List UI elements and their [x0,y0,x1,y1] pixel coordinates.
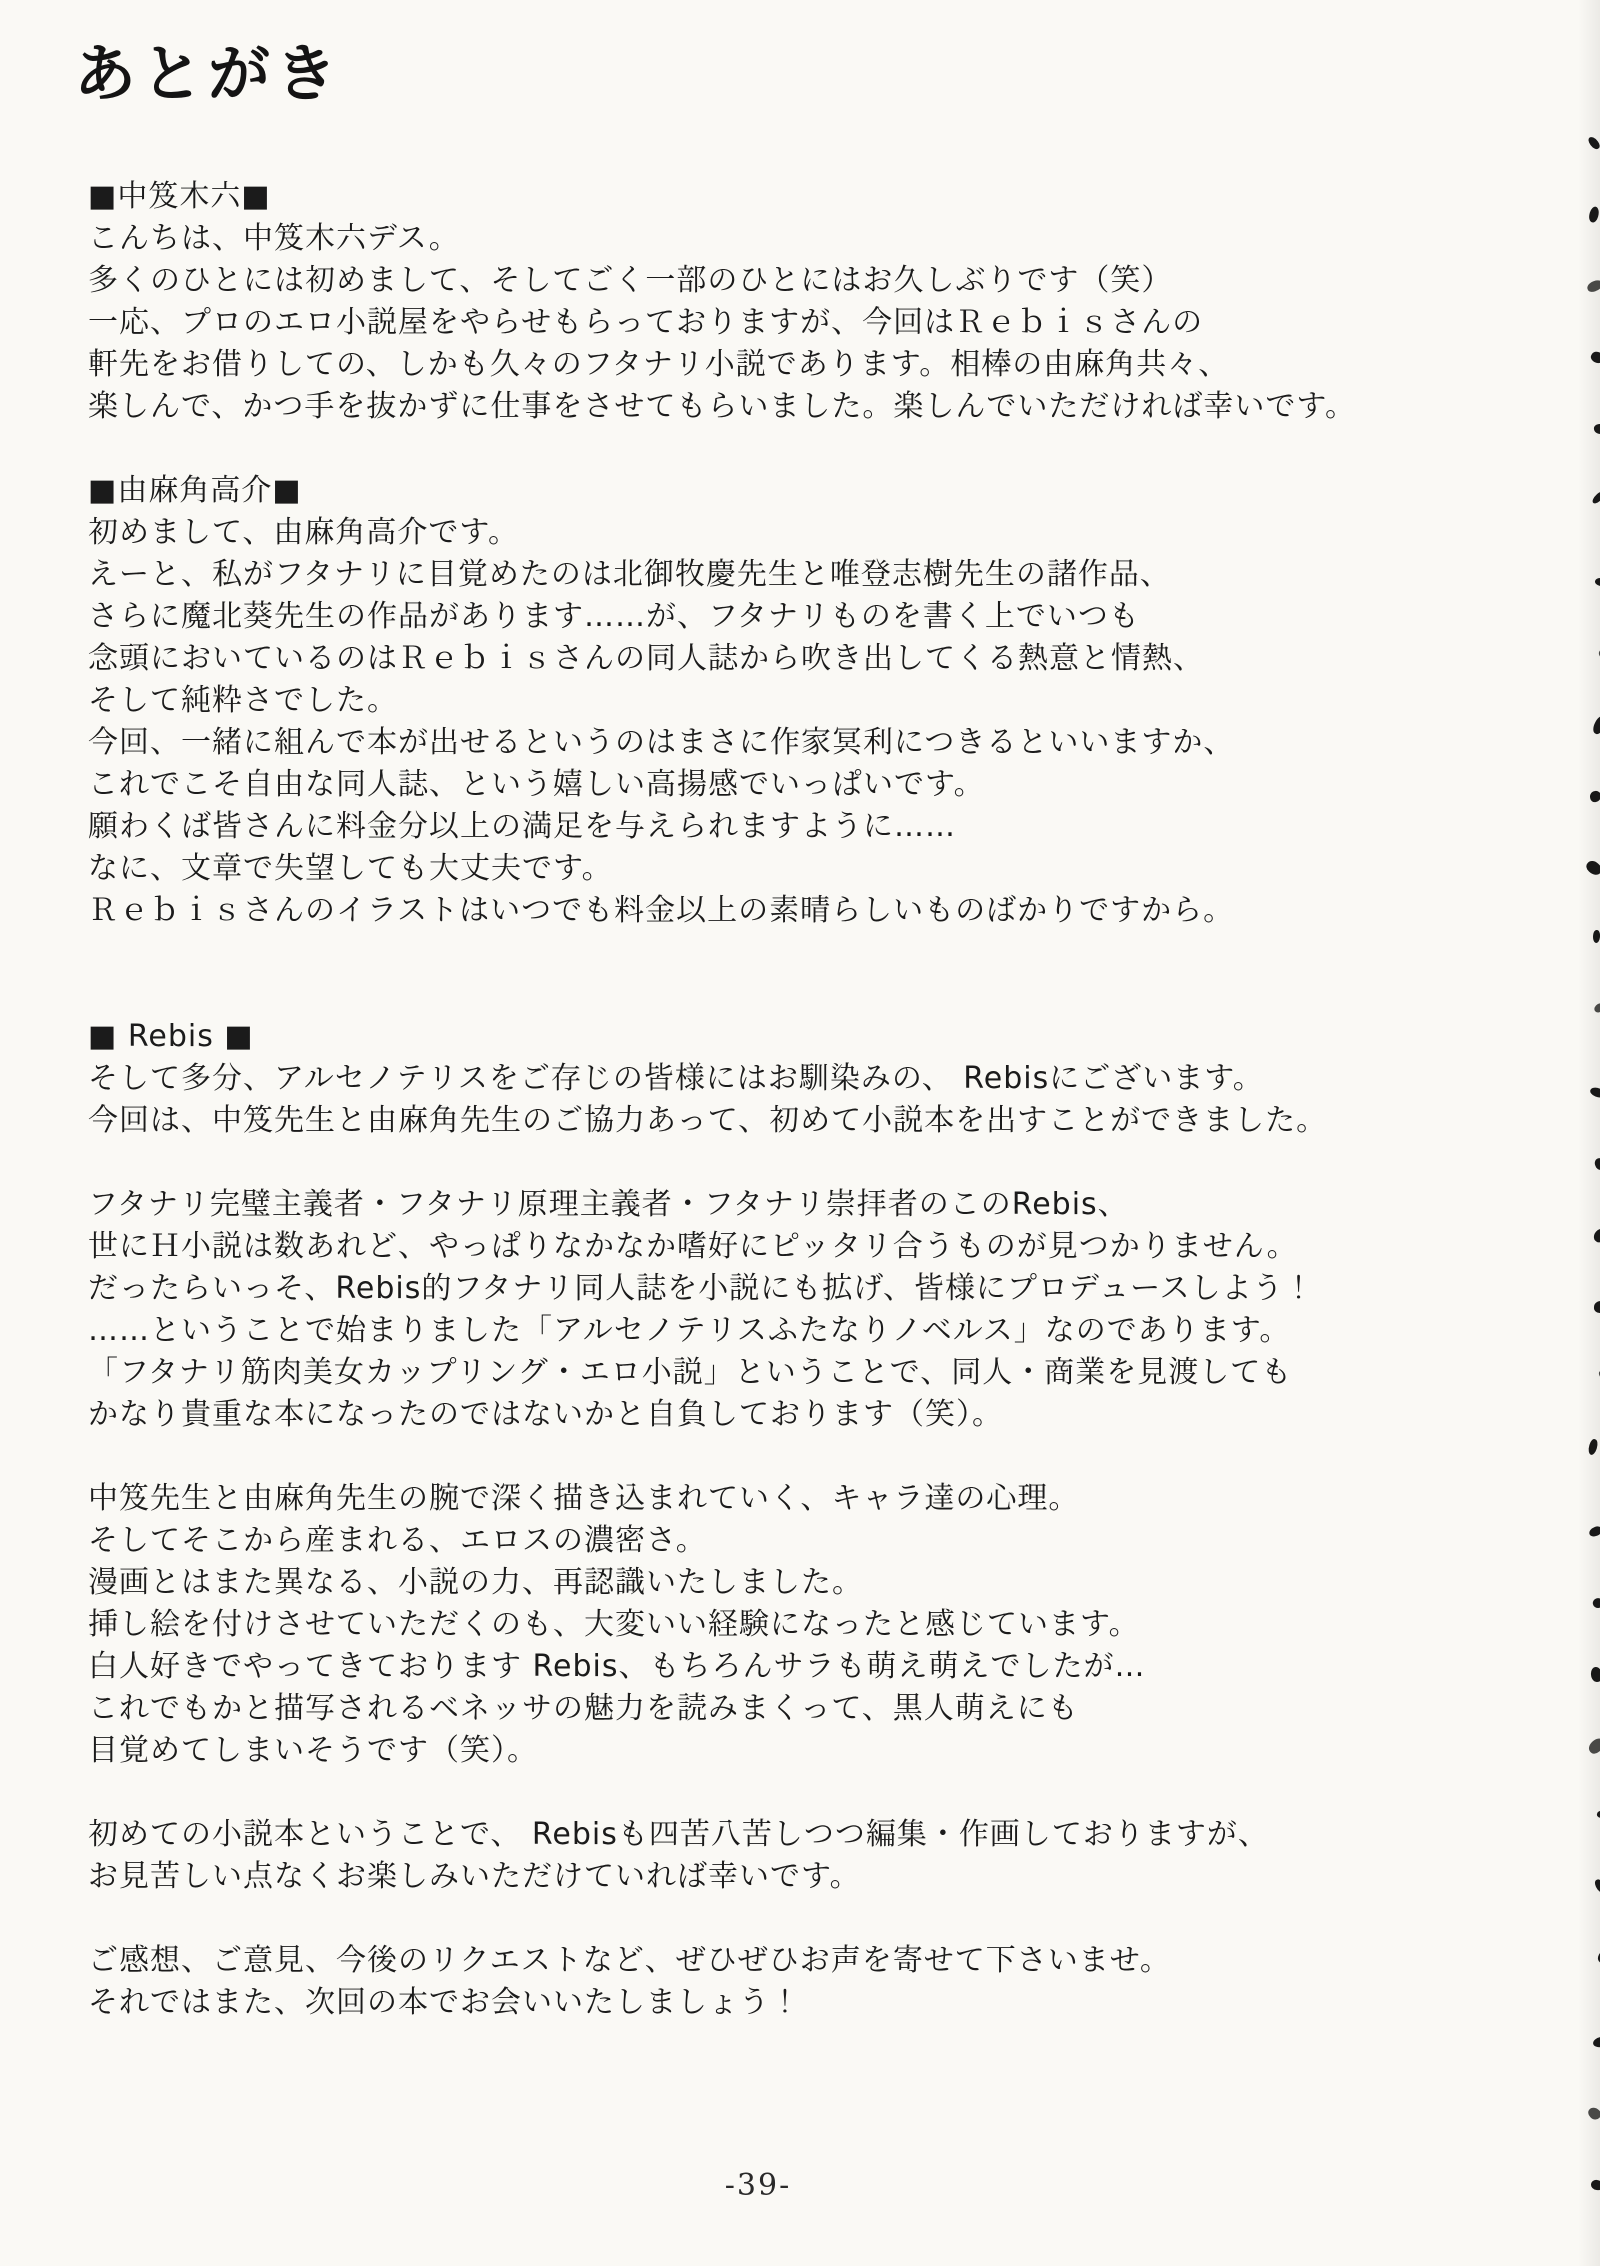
binding-mark [1586,2105,1600,2122]
scanned-page: あとがき ■中笈木六■こんちは、中笈木六デス。多くのひとには初めまして、そしてご… [0,0,1600,2266]
text-line: そして多分、アルセノテリスをご存じの皆様にはお馴染みの、 Rebisにございます… [88,1061,1264,1096]
binding-mark [1587,135,1600,151]
binding-mark [1589,349,1600,365]
paragraph: 初めての小説本ということで、 Rebisも四苦八苦しつつ編集・作画しておりますが… [88,1814,1548,1898]
text-line: 多くのひとには初めまして、そしてごく一部のひとにはお久しぶりです（笑） [88,263,1172,298]
text-line: ……ということで始まりました「アルセノテリスふたなりノベルス」なのであります。 [88,1313,1290,1348]
text-line: さらに魔北葵先生の作品があります……が、フタナリものを書く上でいつも [88,599,1140,634]
text-line: お見苦しい点なくお楽しみいただけていれば幸いです。 [88,1859,861,1894]
text-line: かなり貴重な本になったのではないかと自負しております（笑）。 [88,1397,1003,1432]
binding-mark [1591,1227,1600,1245]
text-line: これでもかと描写されるベネッサの魅力を読みまくって、黒人萌えにも [88,1691,1079,1726]
paragraph: 初めまして、由麻角高介です。えーと、私がフタナリに目覚めたのは北御牧慶先生と唯登… [88,512,1548,932]
binding-mark [1594,1301,1600,1313]
binding-mark [1587,206,1600,224]
paragraph: そして多分、アルセノテリスをご存じの皆様にはお馴染みの、 Rebisにございます… [88,1058,1548,1142]
afterword-section: ■中笈木六■こんちは、中笈木六デス。多くのひとには初めまして、そしてごく一部のひ… [88,176,1548,428]
binding-mark [1587,1438,1599,1456]
binding-mark [1591,714,1600,735]
text-line: 願わくば皆さんに料金分以上の満足を与えられますように…… [88,809,956,844]
binding-mark [1590,1667,1600,1683]
text-line: そしてそこから産まれる、エロスの濃密さ。 [88,1523,707,1558]
binding-mark [1594,577,1600,587]
binding-mark [1594,423,1600,434]
text-line: 今回、一緒に組んで本が出せるというのはまさに作家冥利につきるといいますか、 [88,725,1234,760]
paragraph: ご感想、ご意見、今後のリクエストなど、ぜひぜひお声を寄せて下さいませ。それではま… [88,1940,1548,2024]
binding-mark [1594,1157,1600,1171]
binding-mark [1593,1878,1600,1894]
binding-mark [1589,790,1600,803]
text-line: 漫画とはまた異なる、小説の力、再認識いたしました。 [88,1565,863,1600]
text-line: 一応、プロのエロ小説屋をやらせもらっておりますが、今回はＲｅｂｉｓさんの [88,305,1203,340]
text-line: そして純粋さでした。 [88,683,398,718]
text-line: 今回は、中笈先生と由麻角先生のご協力あって、初めて小説本を出すことができました。 [88,1103,1327,1138]
paragraph: こんちは、中笈木六デス。多くのひとには初めまして、そしてごく一部のひとにはお久し… [88,218,1548,428]
section-heading: ■中笈木六■ [88,176,1548,218]
text-line: 世にＨ小説は数あれど、やっぱりなかなか嗜好にピッタリ合うものが見つかりません。 [88,1229,1298,1264]
paragraph: 中笈先生と由麻角先生の腕で深く描き込まれていく、キャラ達の心理。そしてそこから産… [88,1478,1548,1772]
afterword-section: ■ Rebis ■そして多分、アルセノテリスをご存じの皆様にはお馴染みの、 Re… [88,1016,1548,2024]
text-line: フタナリ完璧主義者・フタナリ原理主義者・フタナリ崇拝者のこのRebis、 [88,1187,1129,1222]
text-line: 初めての小説本ということで、 Rebisも四苦八苦しつつ編集・作画しておりますが… [88,1817,1269,1852]
text-line: 軒先をお借りしての、しかも久々のフタナリ小説であります。相棒の由麻角共々、 [88,347,1229,382]
text-line: これでこそ自由な同人誌、という嬉しい高揚感でいっぱいです。 [88,767,985,802]
text-line: 目覚めてしまいそうです（笑）。 [88,1733,538,1768]
text-line: 楽しんで、かつ手を抜かずに仕事をさせてもらいました。楽しんでいただければ幸いです… [88,389,1356,424]
binding-mark [1592,2036,1600,2048]
section-heading: ■由麻角高介■ [88,470,1548,512]
text-line: それではまた、次回の本でお会いいたしましょう！ [88,1985,801,2020]
afterword-content: ■中笈木六■こんちは、中笈木六デス。多くのひとには初めまして、そしてごく一部のひ… [88,176,1548,2066]
text-line: 「フタナリ筋肉美女カップリング・エロ小説」ということで、同人・商業を見渡しても [88,1355,1292,1390]
binding-mark [1591,1596,1600,1610]
binding-mark [1589,1086,1600,1100]
paragraph: フタナリ完璧主義者・フタナリ原理主義者・フタナリ崇拝者のこのRebis、世にＨ小… [88,1184,1548,1436]
binding-mark [1592,930,1600,944]
text-line: 初めまして、由麻角高介です。 [88,515,519,550]
afterword-section: ■由麻角高介■初めまして、由麻角高介です。えーと、私がフタナリに目覚めたのは北御… [88,470,1548,932]
text-line: 念頭においているのはＲｅｂｉｓさんの同人誌から吹き出してくる熱意と情熱、 [88,641,1204,676]
binding-mark [1596,1951,1600,1965]
binding-mark [1588,1525,1600,1538]
text-line: 白人好きでやってきております Rebis、もちろんサラも萌え萌えでしたが… [88,1649,1146,1684]
text-line: 中笈先生と由麻角先生の腕で深く描き込まれていく、キャラ達の心理。 [88,1481,1079,1516]
binding-mark [1584,858,1600,878]
text-line: えーと、私がフタナリに目覚めたのは北御牧慶先生と唯登志樹先生の諸作品、 [88,557,1171,592]
binding-mark [1586,1736,1600,1756]
text-line: だったらいっそ、Rebis的フタナリ同人誌を小説にも拡げ、皆様にプロデュースしよ… [88,1271,1315,1306]
text-line: なに、文章で失望しても大丈夫です。 [88,851,613,886]
page-title: あとがき [74,40,342,108]
section-heading: ■ Rebis ■ [88,1016,1548,1058]
binding-mark [1596,1810,1600,1819]
page-number: -39- [725,2168,791,2203]
binding-mark [1590,2179,1600,2190]
binding-mark [1586,278,1600,293]
binding-mark [1593,1002,1600,1014]
text-line: ご感想、ご意見、今後のリクエストなど、ぜひぜひお声を寄せて下さいませ。 [88,1943,1171,1978]
binding-mark [1591,490,1600,505]
text-line: こんちは、中笈木六デス。 [88,221,460,256]
text-line: Ｒｅｂｉｓさんのイラストはいつでも料金以上の素晴らしいものばかりですから。 [88,893,1234,928]
binding-scan-artifacts [1554,0,1600,2266]
text-line: 挿し絵を付けさせていただくのも、大変いい経験になったと感じています。 [88,1607,1140,1642]
